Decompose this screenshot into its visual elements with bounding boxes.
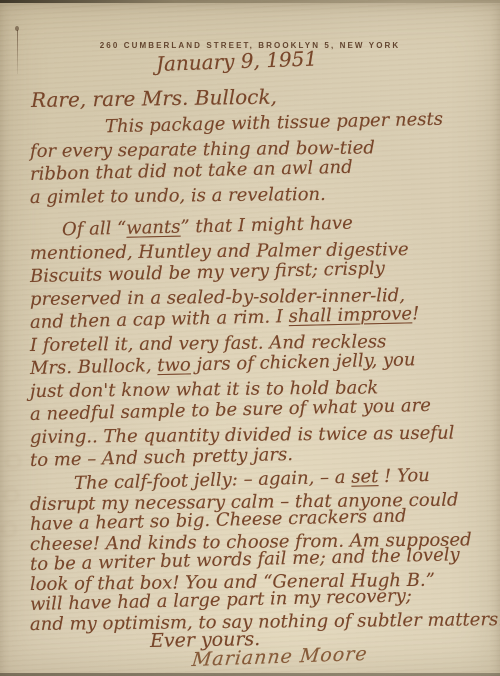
handwritten-line: a gimlet to undo, is a revelation. [30, 181, 500, 209]
letter-photo: ◌◌◌ 260 CUMBERLAND STREET, BROOKLYN 5, N… [0, 0, 500, 676]
line-segment: ” that I might have [180, 213, 353, 238]
photo-top-edge [0, 0, 500, 3]
paragraph-1: This package with tissue paper nests for… [30, 117, 500, 209]
line-segment: jars of chicken jelly, you [191, 349, 416, 375]
paragraph-3: The calf-foot jelly: – again, – a set ! … [30, 475, 500, 635]
scratch-mark [17, 30, 18, 74]
line-segment: ! [412, 303, 420, 324]
line-segment: ! You [378, 465, 430, 487]
underlined-word: wants [126, 217, 181, 239]
line-segment: and then a cap with a rim. I [30, 306, 289, 333]
underlined-word: shall improve [288, 303, 412, 327]
paragraph-2: Of all “wants” that I might have mention… [30, 219, 500, 472]
handwritten-line: and my optimism, to say nothing of subtl… [30, 610, 500, 635]
line-segment: Of all “ [62, 218, 127, 240]
date-line: January 9, 1951 [156, 46, 318, 76]
salutation: Rare, rare Mrs. Bullock, [31, 85, 277, 112]
underlined-word: two [157, 354, 191, 376]
underlined-word: set [351, 466, 379, 488]
line-segment: Mrs. Bullock, [30, 355, 158, 379]
